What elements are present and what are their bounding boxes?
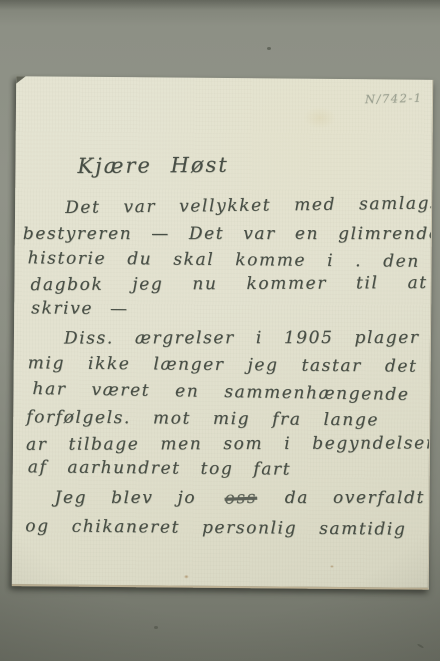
letter-paper: N/742-1 Kjære Høst Det var vellykket med… bbox=[12, 76, 433, 590]
handwritten-line: dagbok jeg nu kommer til at bbox=[30, 273, 427, 295]
handwritten-line: Jeg blev jo oss da overfaldt bbox=[55, 488, 425, 508]
handwritten-text: Jeg blev jo bbox=[55, 488, 197, 508]
handwritten-line: Diss. ærgrelser i 1905 plager bbox=[64, 328, 420, 349]
photo-backdrop: N/742-1 Kjære Høst Det var vellykket med… bbox=[0, 0, 440, 661]
handwritten-line: bestyreren — Det var en glimrende bbox=[23, 224, 433, 244]
handwritten-line: Det var vellykket med samlags — bbox=[65, 193, 433, 218]
dust-speck bbox=[267, 47, 271, 50]
letter-greeting: Kjære Høst bbox=[77, 153, 228, 178]
paper-stain bbox=[304, 107, 336, 129]
handwritten-line: ar tilbage men som i begyndelsen bbox=[26, 433, 433, 454]
crossed-out-word: oss bbox=[224, 488, 257, 509]
archive-number: N/742-1 bbox=[365, 91, 423, 107]
handwritten-line: og chikaneret personlig samtidig bbox=[25, 516, 406, 539]
handwritten-line: forfølgels. mot mig fra lange bbox=[26, 407, 379, 430]
handwritten-line: mig ikke længer jeg tastar det bbox=[28, 353, 418, 376]
handwritten-line: skrive — bbox=[31, 298, 129, 319]
paper-corner-shadow bbox=[14, 76, 28, 85]
dust-speck bbox=[154, 626, 158, 629]
handwritten-line: historie du skal komme i . den bbox=[28, 248, 420, 271]
handwritten-line: har været en sammenhængende bbox=[32, 379, 409, 405]
dust-speck bbox=[417, 643, 424, 648]
rust-speck bbox=[184, 575, 189, 579]
handwritten-line: af aarhundret tog fart bbox=[28, 457, 291, 479]
rust-speck bbox=[330, 565, 334, 568]
handwritten-text: da overfaldt bbox=[285, 488, 425, 508]
